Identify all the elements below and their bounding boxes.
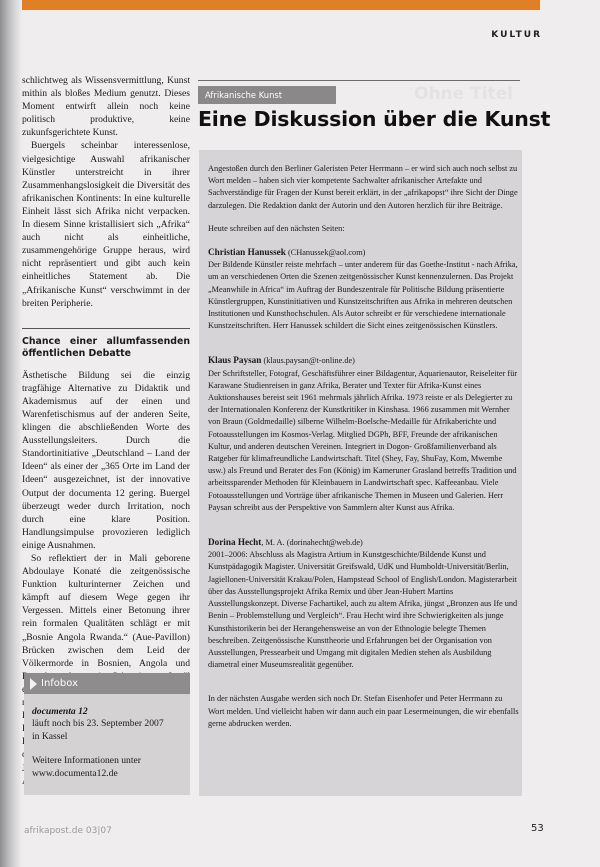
author-entry: Dorina Hecht, M. A. (dorinahecht@web.de) (208, 536, 520, 549)
orange-header-bar (22, 0, 540, 10)
show-through-text: Ohne Titel (414, 84, 513, 104)
divider (22, 328, 190, 329)
section-label: KULTUR (491, 30, 542, 40)
event-date: läuft noch bis 23. September 2007 (32, 718, 182, 730)
infobox: Infobox documenta 12 läuft noch bis 23. … (24, 673, 190, 795)
paragraph: schlichtweg als Wissensvermittlung, Kuns… (22, 74, 190, 139)
footer-publication: afrikapost.de 03|07 (24, 826, 112, 836)
author-email[interactable]: (CHanussek@aol.com) (288, 248, 365, 257)
author-bio: Der Schriftsteller, Fotograf, Geschäftsf… (208, 368, 520, 514)
play-triangle-icon (30, 678, 37, 690)
divider (198, 80, 520, 81)
author-email[interactable]: (dorinahecht@web.de) (287, 538, 363, 547)
author-bio: 2001–2006: Abschluss als Magistra Artium… (208, 549, 520, 671)
list-intro: Heute schreiben auf den nächsten Seiten: (208, 223, 520, 235)
page-spine-shadow (0, 0, 22, 867)
more-info-label: Weitere Informationen unter (32, 755, 182, 767)
author-name: Klaus Paysan (208, 355, 261, 365)
intro-paragraph: Angestoßen durch den Berliner Galeristen… (208, 163, 520, 212)
author-name: Dorina Hecht (208, 537, 261, 547)
event-title: documenta 12 (32, 706, 182, 718)
page-number: 53 (531, 823, 544, 834)
kicker-label: Afrikanische Kunst (198, 86, 336, 104)
paragraph: Buergels scheinbar interessenlose, vielg… (22, 139, 190, 309)
infobox-body: documenta 12 läuft noch bis 23. Septembe… (24, 694, 190, 780)
author-email[interactable]: (klaus.paysan@t-online.de) (263, 356, 355, 365)
author-name: Christian Hanussek (208, 247, 286, 257)
more-info-link[interactable]: www.documenta12.de (32, 768, 182, 780)
paragraph: Ästhetische Bildung sei die einzig tragf… (22, 369, 190, 552)
outro-paragraph: In der nächsten Ausgabe werden sich noch… (208, 693, 520, 730)
event-location: in Kassel (32, 731, 182, 743)
author-degree: , M. A. (261, 538, 284, 547)
author-entry: Klaus Paysan (klaus.paysan@t-online.de) (208, 354, 520, 367)
article-panel: Angestoßen durch den Berliner Galeristen… (208, 163, 520, 730)
article-headline: Eine Diskussion über die Kunst (198, 107, 550, 131)
subheading: Chance einer allumfassenden öffentlichen… (22, 336, 190, 360)
infobox-title: Infobox (41, 678, 78, 689)
author-entry: Christian Hanussek (CHanussek@aol.com) (208, 246, 520, 259)
author-bio: Der Bildende Künstler reiste mehrfach – … (208, 259, 520, 332)
infobox-header: Infobox (24, 673, 190, 694)
